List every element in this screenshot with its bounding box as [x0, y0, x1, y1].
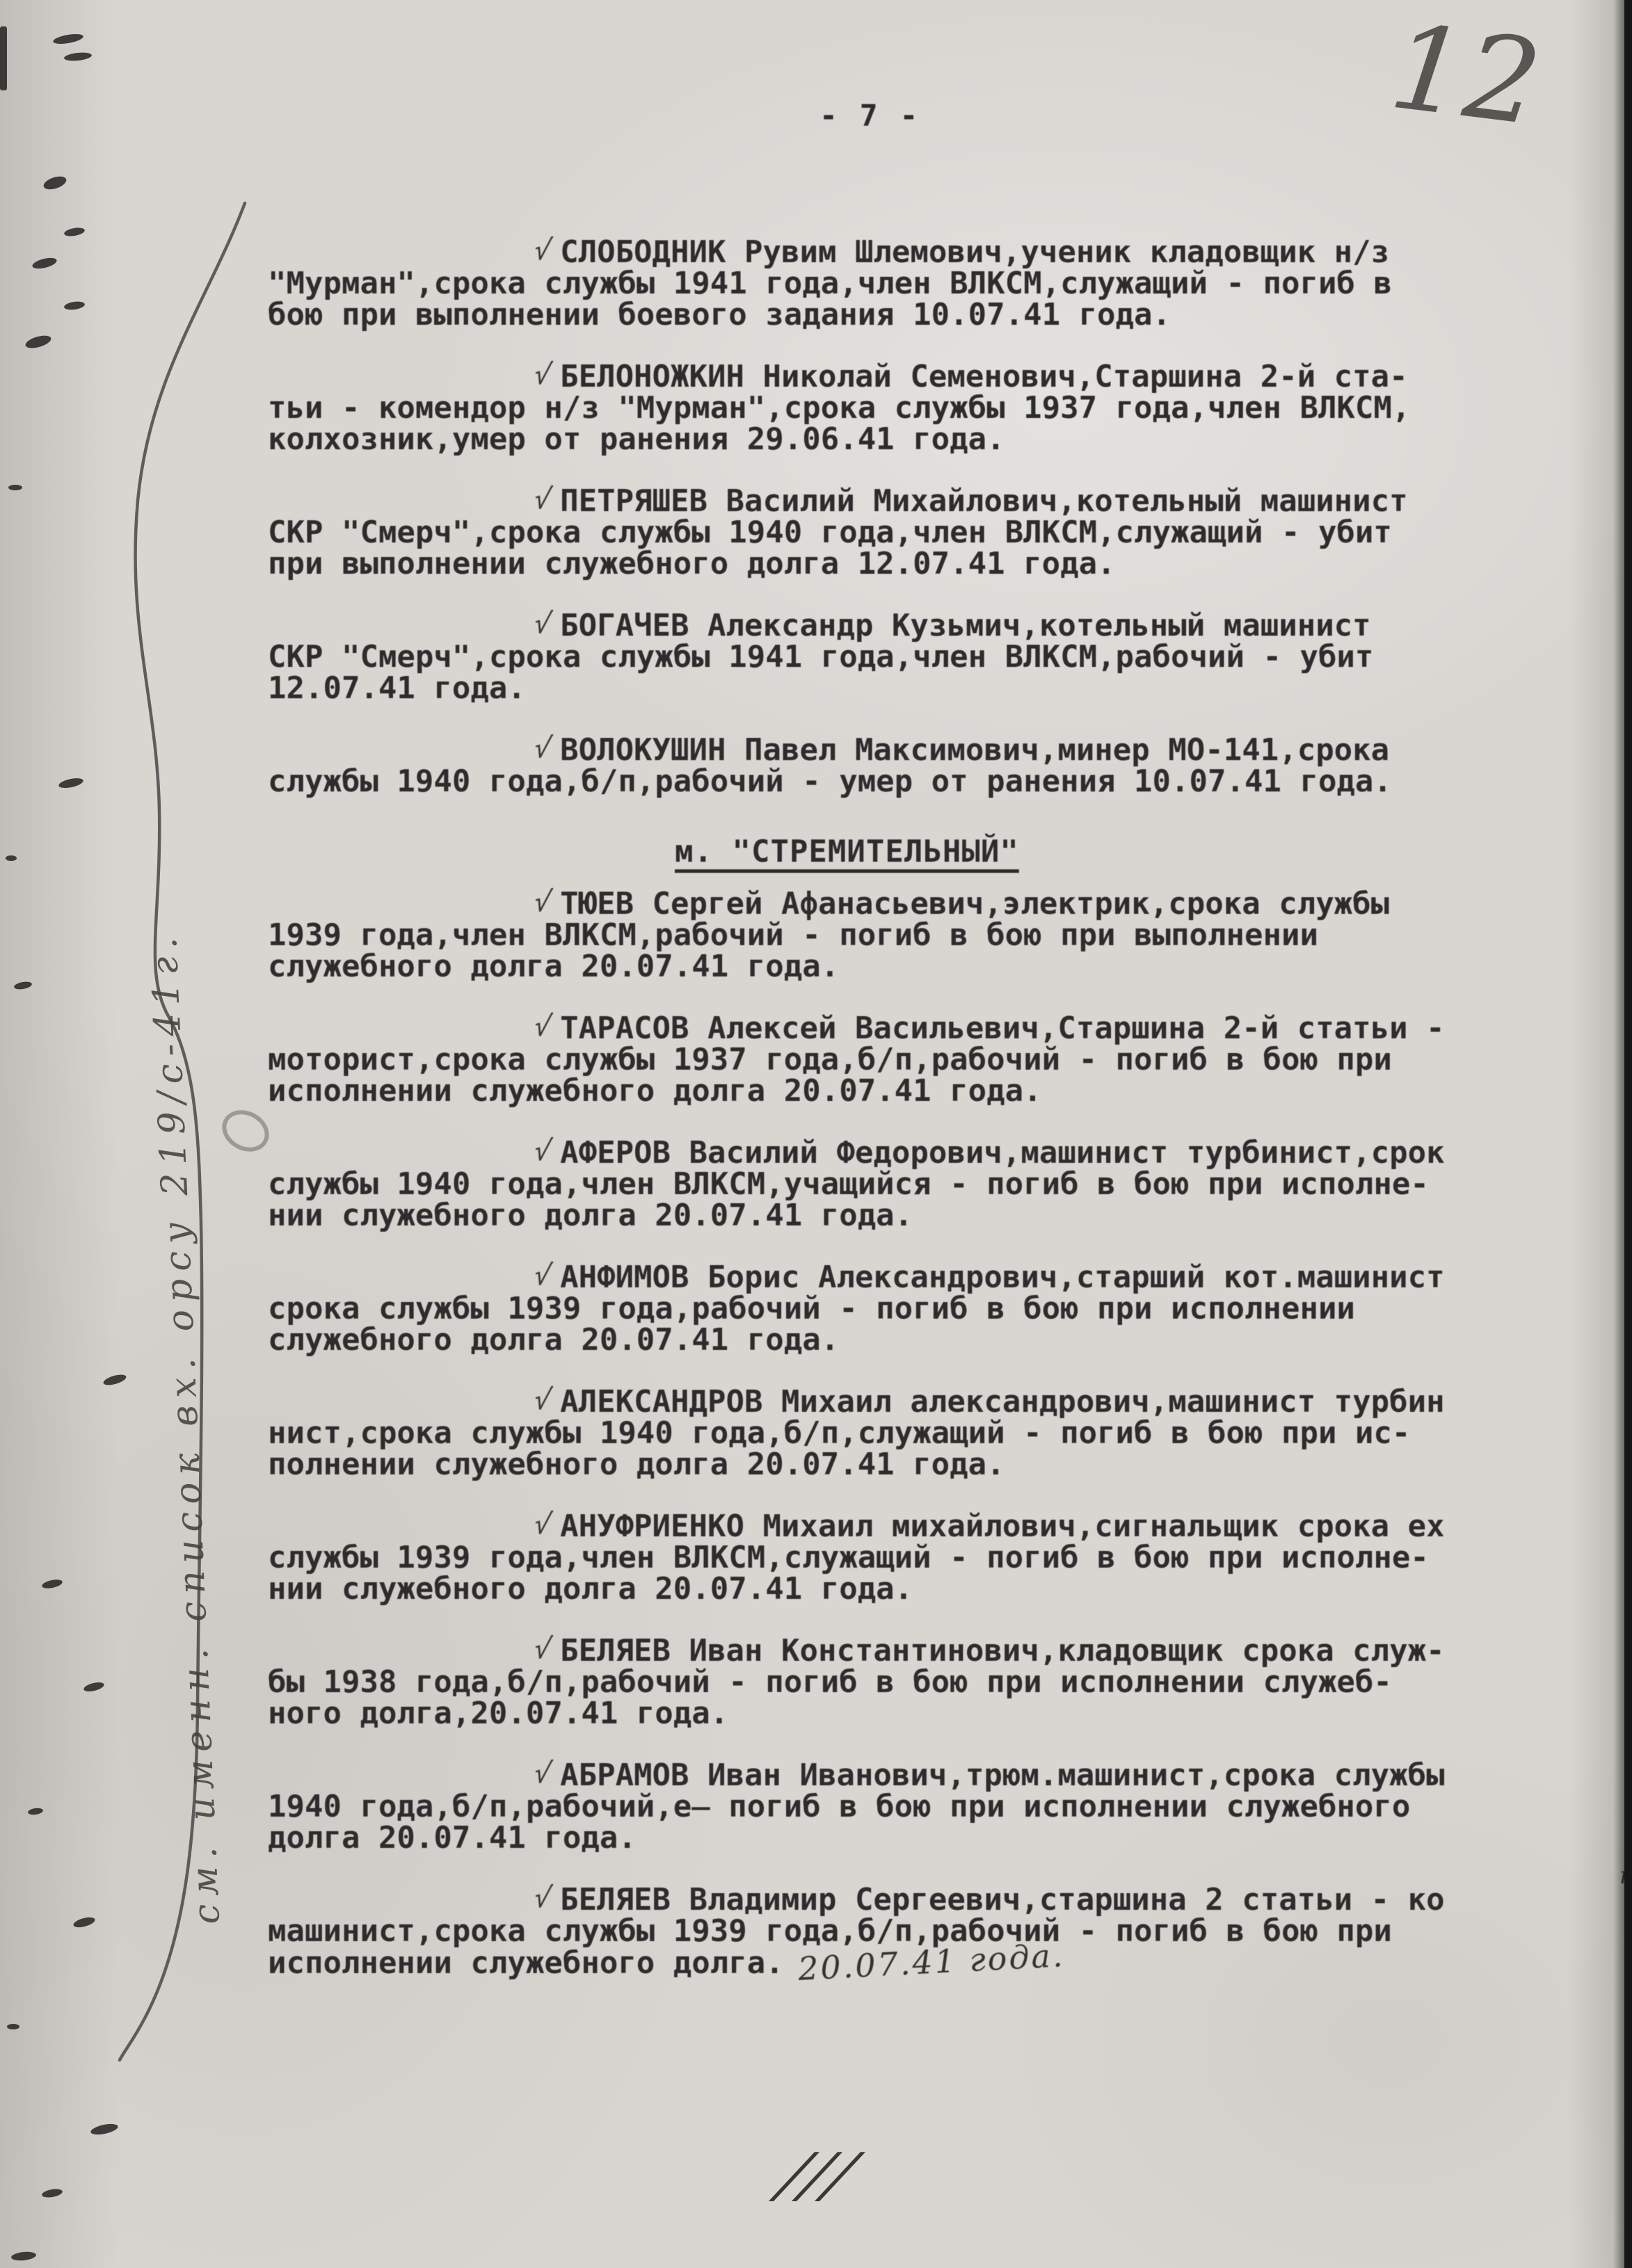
casualty-entry: √ПЕТРЯШЕВ Василий Михайлович,котельный м…	[268, 485, 1632, 579]
entry-line-text: БЕЛОНОЖКИН Николай Семенович,Старшина 2-…	[560, 359, 1408, 394]
check-mark-icon: √	[531, 1385, 554, 1416]
entry-line-text: колхозник,умер от ранения 29.06.41 года.	[268, 421, 1005, 457]
casualty-entry: √СЛОБОДНИК Рувим Шлемович,ученик кладовщ…	[268, 236, 1632, 330]
paper-speck	[6, 855, 17, 861]
entry-line-text: служебного долга 20.07.41 года.	[268, 1322, 839, 1358]
entry-line-text: АНФИМОВ Борис Александрович,старший кот.…	[560, 1260, 1445, 1295]
entry-line: √СЛОБОДНИК Рувим Шлемович,ученик кладовщ…	[268, 236, 1632, 268]
entry-line-text: полнении служебного долга 20.07.41 года.	[268, 1447, 1005, 1482]
entry-line: √АЛЕКСАНДРОВ Михаил александрович,машини…	[268, 1386, 1632, 1417]
entry-line-text: ТЮЕВ Сергей Афанасьевич,электрик,срока с…	[560, 886, 1389, 922]
entry-line-text: АЛЕКСАНДРОВ Михаил александрович,машинис…	[560, 1384, 1445, 1419]
entry-line: нии служебного долга 20.07.41 года.	[268, 1200, 1632, 1231]
entry-line: моторист,срока службы 1937 года,б/п,рабо…	[268, 1044, 1632, 1075]
entry-line: √ПЕТРЯШЕВ Василий Михайлович,котельный м…	[268, 485, 1632, 517]
check-mark-icon: √	[531, 1509, 554, 1541]
entry-line-text: СКР "Смерч",срока службы 1940 года,член …	[268, 515, 1392, 550]
entry-line-text: БЕЛЯЕВ Иван Константинович,кладовщик сро…	[560, 1633, 1445, 1668]
scan-edge-shade	[1613, 0, 1624, 2268]
entry-line: долга 20.07.41 года.	[268, 1822, 1632, 1853]
check-mark-icon: √	[531, 360, 554, 391]
entry-line-text: БОГАЧЕВ Александр Кузьмич,котельный маши…	[560, 608, 1371, 643]
paper-speck	[7, 2024, 19, 2029]
handwritten-date: 20.07.41 года.	[797, 1940, 1065, 1985]
entry-line-text: моторист,срока службы 1937 года,б/п,рабо…	[268, 1042, 1392, 1077]
check-mark-icon: √	[531, 1011, 554, 1043]
entry-line: "Мурман",срока службы 1941 года,член ВЛК…	[268, 268, 1632, 299]
entry-line-text: исполнении служебного долга 20.07.41 год…	[268, 1073, 1042, 1109]
entry-line: √АНУФРИЕНКО Михаил михайлович,сигнальщик…	[268, 1511, 1632, 1542]
casualty-entry: √ТАРАСОВ Алексей Васильевич,Старшина 2-й…	[268, 1013, 1632, 1107]
entry-line: √АФЕРОВ Василий Федорович,машинист турби…	[268, 1137, 1632, 1168]
entry-line-text: ПЕТРЯШЕВ Василий Михайлович,котельный ма…	[560, 483, 1408, 519]
entry-line-text: службы 1940 года,член ВЛКСМ,учащийся - п…	[268, 1166, 1429, 1202]
entry-line-text: "Мурман",срока службы 1941 года,член ВЛК…	[268, 266, 1392, 301]
paper-speck	[8, 485, 22, 490]
scan-edge-strip	[1624, 0, 1632, 2268]
entry-line: бою при выполнении боевого задания 10.07…	[268, 299, 1632, 330]
entry-line-text: тьи - комендор н/з "Мурман",срока службы…	[268, 390, 1410, 426]
entry-line-text: нист,срока службы 1940 года,б/п,служащий…	[268, 1415, 1410, 1451]
entry-line: √БЕЛЯЕВ Иван Константинович,кладовщик ср…	[268, 1635, 1632, 1666]
entry-line: колхозник,умер от ранения 29.06.41 года.	[268, 424, 1632, 455]
entry-line: √БЕЛОНОЖКИН Николай Семенович,Старшина 2…	[268, 361, 1632, 392]
check-mark-icon: √	[531, 1260, 554, 1292]
entry-line-text: АБРАМОВ Иван Иванович,трюм.машинист,срок…	[560, 1758, 1445, 1793]
casualty-entry: √АФЕРОВ Василий Федорович,машинист турби…	[268, 1137, 1632, 1231]
entry-line: при выполнении служебного долга 12.07.41…	[268, 548, 1632, 579]
casualty-entry: √АНФИМОВ Борис Александрович,старший кот…	[268, 1262, 1632, 1356]
check-mark-icon: √	[531, 733, 554, 764]
bottom-tally-mark: ///	[763, 2141, 875, 2210]
entry-line: СКР "Смерч",срока службы 1940 года,член …	[268, 517, 1632, 548]
entry-line-text: СКР "Смерч",срока службы 1941 года,член …	[268, 639, 1373, 675]
check-mark-icon: √	[531, 484, 554, 515]
casualty-entry: √АЛЕКСАНДРОВ Михаил александрович,машини…	[268, 1386, 1632, 1480]
check-mark-icon: √	[531, 1136, 554, 1167]
casualty-entry: √АБРАМОВ Иван Иванович,трюм.машинист,сро…	[268, 1760, 1632, 1853]
casualty-entry: √АНУФРИЕНКО Михаил михайлович,сигнальщик…	[268, 1511, 1632, 1605]
entry-line-text: нии служебного долга 20.07.41 года.	[268, 1198, 913, 1233]
entry-line-text: службы 1939 года,член ВЛКСМ,служащий - п…	[268, 1540, 1429, 1575]
entry-line: √ТАРАСОВ Алексей Васильевич,Старшина 2-й…	[268, 1013, 1632, 1044]
entry-line-text: машинист,срока службы 1939 года,б/п,рабо…	[268, 1913, 1392, 1949]
page-number: - 7 -	[819, 99, 920, 134]
entry-line-text: СЛОБОДНИК Рувим Шлемович,ученик кладовщи…	[560, 234, 1389, 270]
entry-line: служебного долга 20.07.41 года.	[268, 1324, 1632, 1356]
entry-line: √ВОЛОКУШИН Павел Максимович,минер МО-141…	[268, 734, 1632, 766]
entry-line-text: 1939 года,член ВЛКСМ,рабочий - погиб в б…	[268, 917, 1318, 953]
entry-line: службы 1939 года,член ВЛКСМ,служащий - п…	[268, 1542, 1632, 1573]
paper-speck	[0, 26, 7, 90]
entry-line: полнении служебного долга 20.07.41 года.	[268, 1449, 1632, 1480]
corner-page-number: 12	[1384, 0, 1548, 152]
entry-line: 1939 года,член ВЛКСМ,рабочий - погиб в б…	[268, 919, 1632, 951]
entry-line: исполнении служебного долга.20.07.41 год…	[268, 1947, 1632, 1978]
entry-line: срока службы 1939 года,рабочий - погиб в…	[268, 1293, 1632, 1324]
entry-line: 12.07.41 года.	[268, 673, 1632, 704]
entry-line-text: 12.07.41 года.	[268, 670, 526, 706]
casualty-entry: √ВОЛОКУШИН Павел Максимович,минер МО-141…	[268, 734, 1632, 797]
scanned-page: см. именн. список вх. орсу 219/с-41г. 12…	[0, 0, 1632, 2268]
entry-line: ного долга,20.07.41 года.	[268, 1698, 1632, 1729]
entry-line: исполнении служебного долга 20.07.41 год…	[268, 1075, 1632, 1107]
entry-line-text: 1940 года,б/п,рабочий,е̶ погиб в бою при…	[268, 1789, 1410, 1824]
entry-line: √БОГАЧЕВ Александр Кузьмич,котельный маш…	[268, 610, 1632, 641]
casualty-entry: √БОГАЧЕВ Александр Кузьмич,котельный маш…	[268, 610, 1632, 704]
text-column: √СЛОБОДНИК Рувим Шлемович,ученик кладовщ…	[268, 236, 1632, 2009]
entry-line-text: срока службы 1939 года,рабочий - погиб в…	[268, 1291, 1355, 1326]
entry-line: 1940 года,б/п,рабочий,е̶ погиб в бою при…	[268, 1791, 1632, 1822]
entry-line: службы 1940 года,член ВЛКСМ,учащийся - п…	[268, 1168, 1632, 1200]
casualty-entry: √БЕЛОНОЖКИН Николай Семенович,Старшина 2…	[268, 361, 1632, 455]
entry-line: нист,срока службы 1940 года,б/п,служащий…	[268, 1417, 1632, 1449]
check-mark-icon: √	[531, 235, 554, 266]
entry-line-text: долга 20.07.41 года.	[268, 1820, 637, 1856]
entry-line: √АНФИМОВ Борис Александрович,старший кот…	[268, 1262, 1632, 1293]
entry-line-text: ВОЛОКУШИН Павел Максимович,минер МО-141,…	[560, 732, 1389, 768]
entry-line-text: исполнении служебного долга.	[268, 1945, 784, 1981]
entry-line-text: АФЕРОВ Василий Федорович,машинист турбин…	[560, 1135, 1445, 1171]
entry-line-text: БЕЛЯЕВ Владимир Сергеевич,старшина 2 ста…	[560, 1882, 1445, 1917]
casualty-entry: √БЕЛЯЕВ Иван Константинович,кладовщик ср…	[268, 1635, 1632, 1729]
entry-line-text: нии служебного долга 20.07.41 года.	[268, 1571, 913, 1607]
casualty-entry: √ТЮЕВ Сергей Афанасьевич,электрик,срока …	[268, 888, 1632, 982]
entry-line-text: ТАРАСОВ Алексей Васильевич,Старшина 2-й …	[560, 1011, 1445, 1046]
section-heading: м. "СТРЕМИТЕЛЬНЫЙ"	[675, 836, 1632, 867]
entry-line-text: при выполнении служебного долга 12.07.41…	[268, 546, 1116, 581]
entry-line: службы 1940 года,б/п,рабочий - умер от р…	[268, 766, 1632, 797]
entry-line: √АБРАМОВ Иван Иванович,трюм.машинист,сро…	[268, 1760, 1632, 1791]
entry-line: служебного долга 20.07.41 года.	[268, 951, 1632, 982]
check-mark-icon: √	[531, 1758, 554, 1790]
entry-line: √ТЮЕВ Сергей Афанасьевич,электрик,срока …	[268, 888, 1632, 919]
casualty-entry: √т.БЕЛЯЕВ Владимир Сергеевич,старшина 2 …	[268, 1884, 1632, 1978]
entry-line-text: служебного долга 20.07.41 года.	[268, 949, 839, 984]
entry-line-text: бы 1938 года,б/п,рабочий - погиб в бою п…	[268, 1664, 1392, 1700]
entry-line: √т.БЕЛЯЕВ Владимир Сергеевич,старшина 2 …	[268, 1884, 1632, 1915]
entry-line: нии служебного долга 20.07.41 года.	[268, 1573, 1632, 1605]
entry-line-text: ного долга,20.07.41 года.	[268, 1696, 728, 1731]
entry-line: тьи - комендор н/з "Мурман",срока службы…	[268, 392, 1632, 424]
check-mark-icon: √	[531, 1634, 554, 1665]
check-mark-icon: √	[531, 1883, 554, 1914]
entry-line-text: бою при выполнении боевого задания 10.07…	[268, 297, 1171, 332]
check-mark-icon: √	[531, 887, 554, 918]
check-mark-icon: √	[531, 609, 554, 640]
entry-line-text: АНУФРИЕНКО Михаил михайлович,сигнальщик …	[560, 1509, 1445, 1544]
entry-line: бы 1938 года,б/п,рабочий - погиб в бою п…	[268, 1666, 1632, 1698]
entry-line: СКР "Смерч",срока службы 1941 года,член …	[268, 641, 1632, 673]
entry-line-text: службы 1940 года,б/п,рабочий - умер от р…	[268, 764, 1392, 799]
